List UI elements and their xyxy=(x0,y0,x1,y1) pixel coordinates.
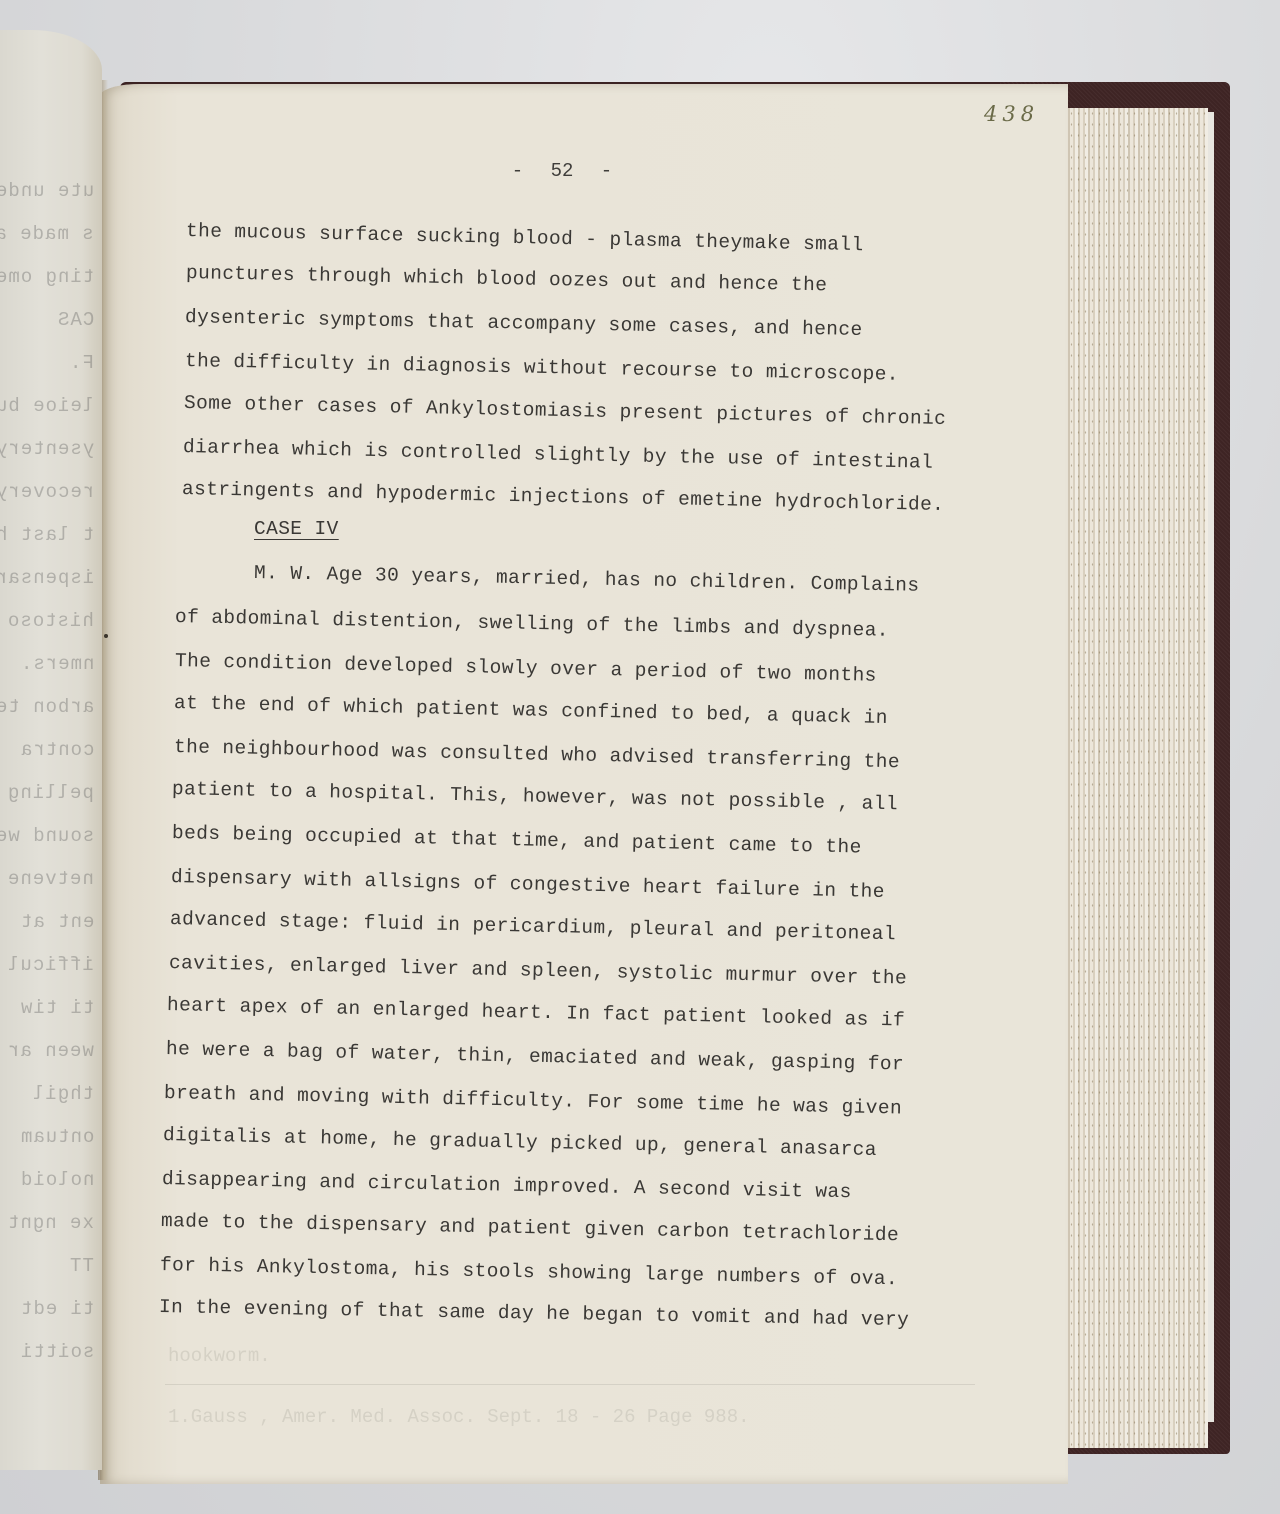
left-page-bleed-line: netvene xyxy=(7,868,94,890)
left-page-bleed-line: nmers. xyxy=(20,653,94,675)
left-page-bleed-line: ispensar xyxy=(0,567,94,589)
left-page-bleed-line: contra xyxy=(20,739,94,761)
left-page-bleed-line: leioe bu xyxy=(0,395,94,417)
handwritten-folio-number: 438 xyxy=(984,102,1039,126)
left-page-bleed-line: sound we xyxy=(0,825,94,847)
left-page-bleed-line: histoso xyxy=(7,610,94,632)
left-page-bleed-line: ween ar xyxy=(7,1040,94,1062)
page-stack-edge xyxy=(1068,108,1208,1448)
left-page-bleed-line: CAS xyxy=(57,309,94,331)
bleed-through-footnote-rule xyxy=(165,1384,975,1385)
left-page-bleed-line: pelling xyxy=(7,782,94,804)
bleed-through-text: hookworm. xyxy=(168,1345,271,1367)
left-page-curl: ute undes made asting omeCASF.leioe buys… xyxy=(0,30,102,1470)
left-page-bleed-line: ute unde xyxy=(0,180,94,202)
left-page-bleed-line: ti edt xyxy=(20,1298,94,1320)
left-page-bleed-line: xe ngnt xyxy=(7,1212,94,1234)
left-page-bleed-line: thgil xyxy=(32,1083,94,1105)
left-page-bleed-line: ysentery xyxy=(0,438,94,460)
left-page-bleed-line: ti tiw xyxy=(20,997,94,1019)
left-page-bleed-line: noloid xyxy=(20,1169,94,1191)
left-page-bleed-line: ontuam xyxy=(20,1126,94,1148)
left-page-bleed-line: ent at xyxy=(20,911,94,933)
left-page-bleed-line: arbon te xyxy=(0,696,94,718)
left-page-bleed-line: F. xyxy=(69,352,94,374)
margin-mark xyxy=(104,634,108,638)
left-page-bleed-line: ifficul xyxy=(7,954,94,976)
left-page-bleed-line: t last h xyxy=(0,524,94,546)
left-page-bleed-line: recovery xyxy=(0,481,94,503)
left-page-bleed-line: TT xyxy=(69,1255,94,1277)
left-page-bleed-line: ting ome xyxy=(0,266,94,288)
left-page-bleed-line: soitti xyxy=(20,1341,94,1363)
bleed-through-footnote: 1.Gauss , Amer. Med. Assoc. Sept. 18 - 2… xyxy=(168,1406,750,1428)
page-number: - 52 - xyxy=(462,160,662,182)
left-page-bleed-line: s made as xyxy=(0,223,94,245)
case-heading: CASE IV xyxy=(254,518,339,540)
